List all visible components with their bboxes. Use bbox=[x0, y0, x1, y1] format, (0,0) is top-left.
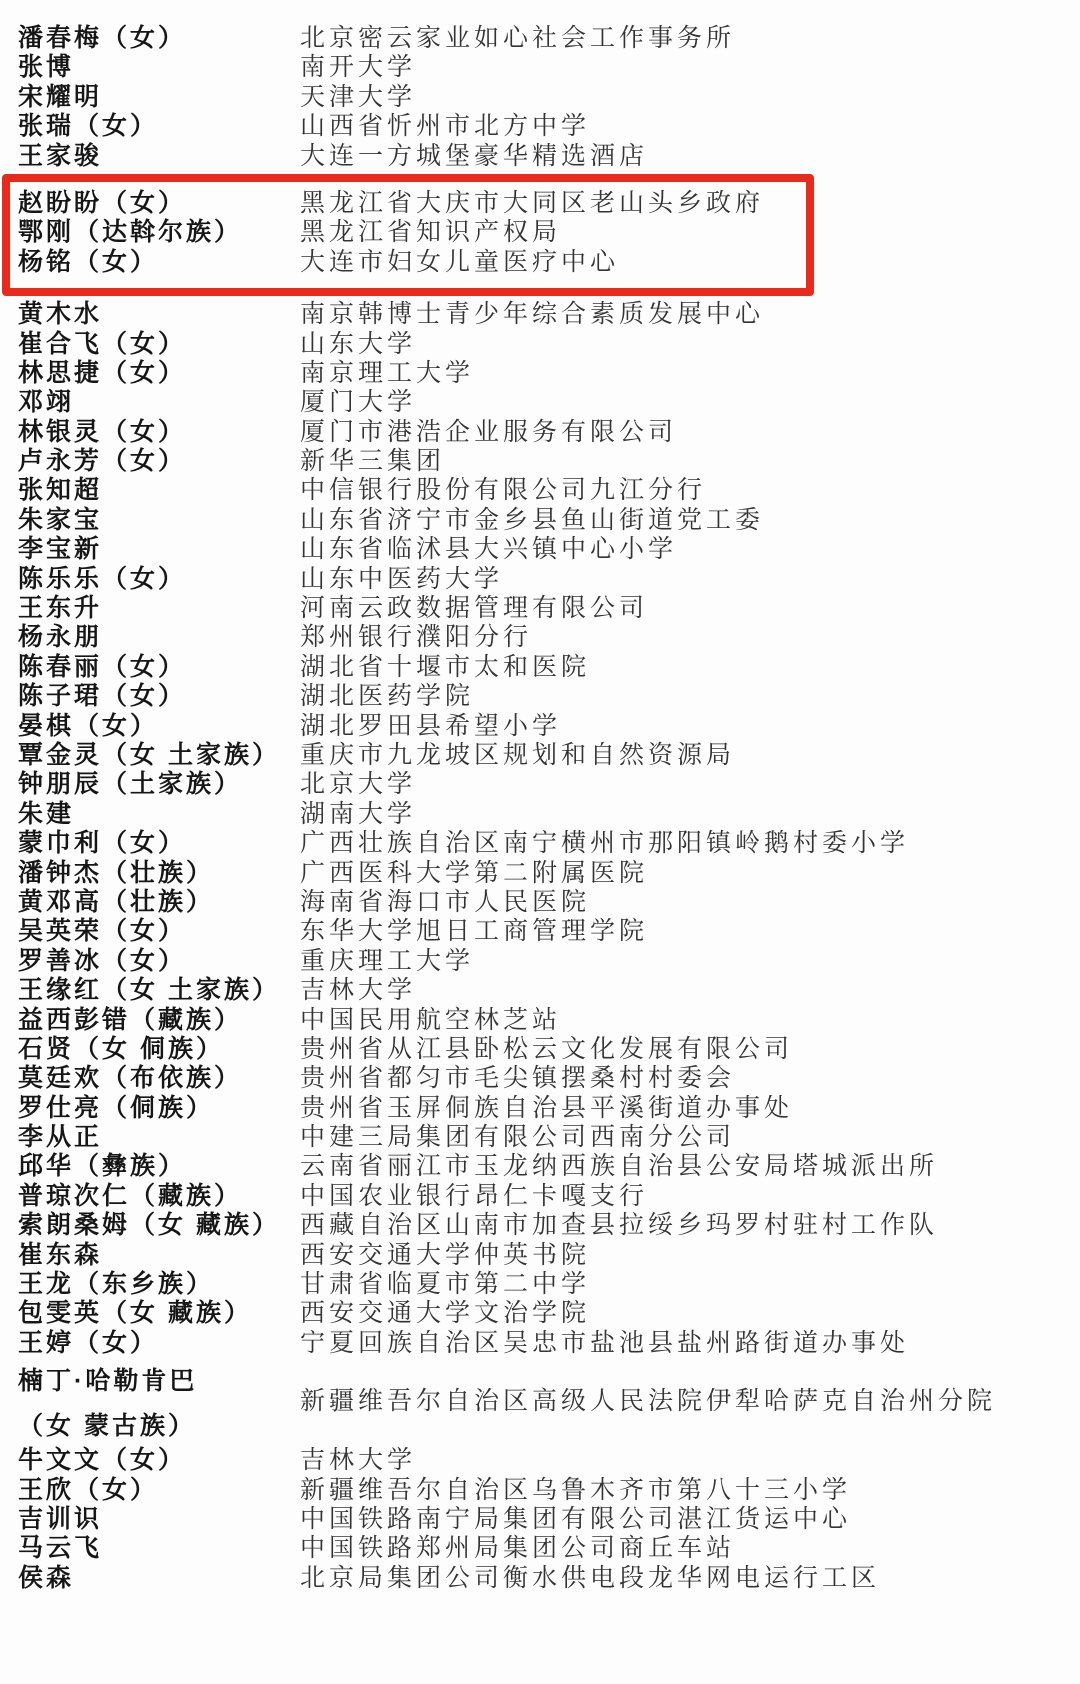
recipient-org: 吉林大学 bbox=[300, 1446, 416, 1475]
recipient-org: 宁夏回族自治区吴忠市盐池县盐州路街道办事处 bbox=[300, 1329, 909, 1358]
list-item: 益西彭错（藏族）中国民用航空林芝站 bbox=[0, 1006, 1080, 1035]
list-item: 钟朋辰（土家族）北京大学 bbox=[0, 770, 1080, 799]
list-item: 蒙巾利（女）广西壮族自治区南宁横州市那阳镇岭鹅村委小学 bbox=[0, 829, 1080, 858]
recipient-org: 中国铁路郑州局集团公司商丘车站 bbox=[300, 1534, 735, 1563]
recipient-name: 王家骏 bbox=[18, 142, 102, 171]
list-item: 宋耀明天津大学 bbox=[0, 83, 1080, 112]
recipient-org: 海南省海口市人民医院 bbox=[300, 888, 590, 917]
recipient-name: 黄邓高（壮族） bbox=[18, 888, 214, 917]
recipient-org: 大连市妇女儿童医疗中心 bbox=[300, 248, 619, 277]
recipient-org: 南京理工大学 bbox=[300, 359, 474, 388]
recipient-name: 朱建 bbox=[18, 800, 74, 829]
recipient-name: 潘钟杰（壮族） bbox=[18, 859, 214, 888]
document-page: 潘春梅（女）北京密云家业如心社会工作事务所张博南开大学宋耀明天津大学张瑞（女）山… bbox=[0, 0, 1080, 1684]
list-item: 晏棋（女）湖北罗田县希望小学 bbox=[0, 712, 1080, 741]
recipient-name: 索朗桑姆（女 藏族） bbox=[18, 1211, 280, 1240]
recipient-org: 山东大学 bbox=[300, 330, 416, 359]
recipient-org: 西安交通大学文治学院 bbox=[300, 1299, 590, 1328]
recipient-org: 湖北省十堰市太和医院 bbox=[300, 653, 590, 682]
recipient-org: 中国铁路南宁局集团有限公司湛江货运中心 bbox=[300, 1505, 851, 1534]
list-item: 王东升河南云政数据管理有限公司 bbox=[0, 594, 1080, 623]
recipient-name: 林银灵（女） bbox=[18, 418, 186, 447]
recipient-name: 陈乐乐（女） bbox=[18, 565, 186, 594]
recipient-name: 邱华（彝族） bbox=[18, 1152, 186, 1181]
recipient-org: 山西省忻州市北方中学 bbox=[300, 112, 590, 141]
list-item: 陈乐乐（女）山东中医药大学 bbox=[0, 565, 1080, 594]
recipient-name: 张瑞（女） bbox=[18, 112, 158, 141]
recipient-name: 吴英荣（女） bbox=[18, 917, 186, 946]
list-item: 崔东森西安交通大学仲英书院 bbox=[0, 1241, 1080, 1270]
recipient-org: 贵州省玉屏侗族自治县平溪街道办事处 bbox=[300, 1094, 793, 1123]
recipient-org: 云南省丽江市玉龙纳西族自治县公安局塔城派出所 bbox=[300, 1152, 938, 1181]
recipient-name: 包雯英（女 藏族） bbox=[18, 1299, 252, 1328]
recipient-name: 王龙（东乡族） bbox=[18, 1270, 214, 1299]
recipient-name: 卢永芳（女） bbox=[18, 447, 186, 476]
list-item: 潘春梅（女）北京密云家业如心社会工作事务所 bbox=[0, 24, 1080, 53]
recipient-org: 山东中医药大学 bbox=[300, 565, 503, 594]
recipient-name: 覃金灵（女 土家族） bbox=[18, 741, 280, 770]
recipient-org: 天津大学 bbox=[300, 83, 416, 112]
recipient-org: 南开大学 bbox=[300, 53, 416, 82]
list-item: 罗善冰（女）重庆理工大学 bbox=[0, 947, 1080, 976]
recipient-org: 北京局集团公司衡水供电段龙华网电运行工区 bbox=[300, 1564, 880, 1593]
recipient-org: 贵州省都匀市毛尖镇摆桑村村委会 bbox=[300, 1064, 735, 1093]
list-item: 吴英荣（女）东华大学旭日工商管理学院 bbox=[0, 917, 1080, 946]
list-item: 黄邓高（壮族）海南省海口市人民医院 bbox=[0, 888, 1080, 917]
recipient-org: 中信银行股份有限公司九江分行 bbox=[300, 476, 706, 505]
recipient-org: 北京密云家业如心社会工作事务所 bbox=[300, 24, 735, 53]
list-item: 张知超中信银行股份有限公司九江分行 bbox=[0, 476, 1080, 505]
recipient-name: 崔东森 bbox=[18, 1241, 102, 1270]
recipient-name: 鄂刚（达斡尔族） bbox=[18, 218, 242, 247]
list-item: 王欣（女）新疆维吾尔自治区乌鲁木齐市第八十三小学 bbox=[0, 1476, 1080, 1505]
recipient-name: 罗仕亮（侗族） bbox=[18, 1094, 214, 1123]
recipient-name: 王缘红（女 土家族） bbox=[18, 976, 280, 1005]
recipient-name: 李宝新 bbox=[18, 535, 102, 564]
recipient-org: 新疆维吾尔自治区高级人民法院伊犁哈萨克自治州分院 bbox=[300, 1387, 996, 1416]
list-item: 李从正中建三局集团有限公司西南分公司 bbox=[0, 1123, 1080, 1152]
recipient-name: 李从正 bbox=[18, 1123, 102, 1152]
recipient-org: 郑州银行濮阳分行 bbox=[300, 623, 532, 652]
recipient-name: 王欣（女） bbox=[18, 1476, 158, 1505]
recipient-org: 重庆市九龙坡区规划和自然资源局 bbox=[300, 741, 735, 770]
recipient-name: 益西彭错（藏族） bbox=[18, 1006, 242, 1035]
recipient-name: 朱家宝 bbox=[18, 506, 102, 535]
recipient-org: 湖南大学 bbox=[300, 800, 416, 829]
recipient-name: 楠丁·哈勒肯巴 （女 蒙古族） bbox=[18, 1359, 197, 1449]
list-item: 吉训识中国铁路南宁局集团有限公司湛江货运中心 bbox=[0, 1505, 1080, 1534]
recipient-name: 林思捷（女） bbox=[18, 359, 186, 388]
recipient-name: 钟朋辰（土家族） bbox=[18, 770, 242, 799]
list-item: 崔合飞（女）山东大学 bbox=[0, 330, 1080, 359]
recipient-org: 中国农业银行昂仁卡嘎支行 bbox=[300, 1182, 648, 1211]
recipient-org: 西安交通大学仲英书院 bbox=[300, 1241, 590, 1270]
recipient-org: 山东省临沭县大兴镇中心小学 bbox=[300, 535, 677, 564]
list-item: 侯森北京局集团公司衡水供电段龙华网电运行工区 bbox=[0, 1564, 1080, 1593]
recipient-name: 马云飞 bbox=[18, 1534, 102, 1563]
recipient-name: 崔合飞（女） bbox=[18, 330, 186, 359]
recipient-name: 陈春丽（女） bbox=[18, 653, 186, 682]
recipient-org: 甘肃省临夏市第二中学 bbox=[300, 1270, 590, 1299]
recipient-name: 黄木水 bbox=[18, 300, 102, 329]
recipient-org: 厦门市港浩企业服务有限公司 bbox=[300, 418, 677, 447]
list-item: 石贤（女 侗族）贵州省从江县卧松云文化发展有限公司 bbox=[0, 1035, 1080, 1064]
recipient-name: 杨永朋 bbox=[18, 623, 102, 652]
recipient-name: 潘春梅（女） bbox=[18, 24, 186, 53]
recipient-name: 石贤（女 侗族） bbox=[18, 1035, 224, 1064]
recipient-name: 侯森 bbox=[18, 1564, 74, 1593]
list-item: 朱家宝山东省济宁市金乡县鱼山街道党工委 bbox=[0, 506, 1080, 535]
recipient-name: 吉训识 bbox=[18, 1505, 102, 1534]
list-item: 潘钟杰（壮族）广西医科大学第二附属医院 bbox=[0, 859, 1080, 888]
recipient-org: 新疆维吾尔自治区乌鲁木齐市第八十三小学 bbox=[300, 1476, 851, 1505]
list-item: 陈子珺（女）湖北医药学院 bbox=[0, 682, 1080, 711]
recipient-org: 贵州省从江县卧松云文化发展有限公司 bbox=[300, 1035, 793, 1064]
recipient-org: 西藏自治区山南市加查县拉绥乡玛罗村驻村工作队 bbox=[300, 1211, 938, 1240]
list-item: 楠丁·哈勒肯巴 （女 蒙古族）新疆维吾尔自治区高级人民法院伊犁哈萨克自治州分院 bbox=[0, 1358, 1080, 1446]
list-item: 索朗桑姆（女 藏族）西藏自治区山南市加查县拉绥乡玛罗村驻村工作队 bbox=[0, 1211, 1080, 1240]
recipient-org: 重庆理工大学 bbox=[300, 947, 474, 976]
recipient-name: 邓翊 bbox=[18, 388, 74, 417]
list-item: 王家骏大连一方城堡豪华精选酒店 bbox=[0, 142, 1080, 171]
recipient-org: 中国民用航空林芝站 bbox=[300, 1006, 561, 1035]
recipient-name: 王婷（女） bbox=[18, 1329, 158, 1358]
recipient-org: 北京大学 bbox=[300, 770, 416, 799]
list-item: 朱建湖南大学 bbox=[0, 800, 1080, 829]
recipient-org: 东华大学旭日工商管理学院 bbox=[300, 917, 648, 946]
recipient-name: 莫廷欢（布依族） bbox=[18, 1064, 242, 1093]
recipient-name: 杨铭（女） bbox=[18, 248, 158, 277]
list-item: 邓翊厦门大学 bbox=[0, 388, 1080, 417]
recipient-name: 赵盼盼（女） bbox=[18, 189, 186, 218]
list-item: 莫廷欢（布依族）贵州省都匀市毛尖镇摆桑村村委会 bbox=[0, 1064, 1080, 1093]
list-item: 马云飞中国铁路郑州局集团公司商丘车站 bbox=[0, 1534, 1080, 1563]
recipient-name: 张博 bbox=[18, 53, 74, 82]
recipient-org: 山东省济宁市金乡县鱼山街道党工委 bbox=[300, 506, 764, 535]
list-item: 张博南开大学 bbox=[0, 53, 1080, 82]
recipient-org: 大连一方城堡豪华精选酒店 bbox=[300, 142, 648, 171]
recipient-name: 陈子珺（女） bbox=[18, 682, 186, 711]
recipient-org: 吉林大学 bbox=[300, 976, 416, 1005]
recipient-org: 广西医科大学第二附属医院 bbox=[300, 859, 648, 888]
list-item: 牛文文（女）吉林大学 bbox=[0, 1446, 1080, 1475]
list-item: 普琼次仁（藏族）中国农业银行昂仁卡嘎支行 bbox=[0, 1182, 1080, 1211]
list-item: 杨铭（女）大连市妇女儿童医疗中心 bbox=[10, 248, 806, 277]
recipient-org: 黑龙江省大庆市大同区老山头乡政府 bbox=[300, 189, 764, 218]
recipient-org: 湖北罗田县希望小学 bbox=[300, 712, 561, 741]
list-item: 覃金灵（女 土家族）重庆市九龙坡区规划和自然资源局 bbox=[0, 741, 1080, 770]
recipient-org: 河南云政数据管理有限公司 bbox=[300, 594, 648, 623]
recipient-org: 湖北医药学院 bbox=[300, 682, 474, 711]
recipient-org: 中建三局集团有限公司西南分公司 bbox=[300, 1123, 735, 1152]
recipient-name: 普琼次仁（藏族） bbox=[18, 1182, 242, 1211]
recipient-name: 罗善冰（女） bbox=[18, 947, 186, 976]
list-item: 罗仕亮（侗族）贵州省玉屏侗族自治县平溪街道办事处 bbox=[0, 1094, 1080, 1123]
recipient-org: 广西壮族自治区南宁横州市那阳镇岭鹅村委小学 bbox=[300, 829, 909, 858]
highlight-box: 赵盼盼（女）黑龙江省大庆市大同区老山头乡政府鄂刚（达斡尔族）黑龙江省知识产权局杨… bbox=[2, 174, 814, 296]
list-item: 陈春丽（女）湖北省十堰市太和医院 bbox=[0, 653, 1080, 682]
recipient-name: 晏棋（女） bbox=[18, 712, 158, 741]
list-item: 王婷（女）宁夏回族自治区吴忠市盐池县盐州路街道办事处 bbox=[0, 1329, 1080, 1358]
list-item: 赵盼盼（女）黑龙江省大庆市大同区老山头乡政府 bbox=[10, 189, 806, 218]
list-item: 鄂刚（达斡尔族）黑龙江省知识产权局 bbox=[10, 218, 806, 247]
list-item: 王缘红（女 土家族）吉林大学 bbox=[0, 976, 1080, 1005]
list-item: 王龙（东乡族）甘肃省临夏市第二中学 bbox=[0, 1270, 1080, 1299]
recipient-org: 黑龙江省知识产权局 bbox=[300, 218, 561, 247]
recipient-list: 潘春梅（女）北京密云家业如心社会工作事务所张博南开大学宋耀明天津大学张瑞（女）山… bbox=[0, 24, 1080, 1593]
list-item: 张瑞（女）山西省忻州市北方中学 bbox=[0, 112, 1080, 141]
list-item: 黄木水南京韩博士青少年综合素质发展中心 bbox=[0, 300, 1080, 329]
recipient-name: 牛文文（女） bbox=[18, 1446, 186, 1475]
recipient-name: 王东升 bbox=[18, 594, 102, 623]
list-item: 邱华（彝族）云南省丽江市玉龙纳西族自治县公安局塔城派出所 bbox=[0, 1152, 1080, 1181]
list-item: 杨永朋郑州银行濮阳分行 bbox=[0, 623, 1080, 652]
recipient-name: 蒙巾利（女） bbox=[18, 829, 186, 858]
recipient-name: 张知超 bbox=[18, 476, 102, 505]
recipient-org: 南京韩博士青少年综合素质发展中心 bbox=[300, 300, 764, 329]
list-item: 李宝新山东省临沭县大兴镇中心小学 bbox=[0, 535, 1080, 564]
list-item: 林思捷（女）南京理工大学 bbox=[0, 359, 1080, 388]
list-item: 卢永芳（女）新华三集团 bbox=[0, 447, 1080, 476]
recipient-org: 厦门大学 bbox=[300, 388, 416, 417]
list-item: 包雯英（女 藏族）西安交通大学文治学院 bbox=[0, 1299, 1080, 1328]
recipient-org: 新华三集团 bbox=[300, 447, 445, 476]
recipient-name: 宋耀明 bbox=[18, 83, 102, 112]
list-item: 林银灵（女）厦门市港浩企业服务有限公司 bbox=[0, 418, 1080, 447]
